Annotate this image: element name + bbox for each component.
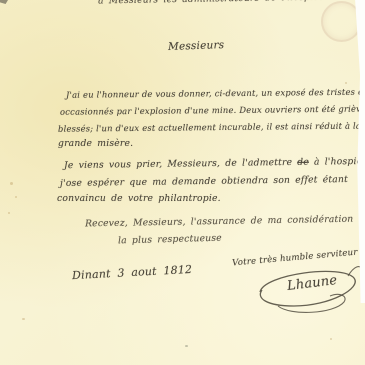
foxing-spot [22,318,25,320]
foxing-spot [15,196,17,198]
body-line-5: Je viens vous prier, Messieurs, de l'adm… [64,156,365,171]
salutation: Messieurs [168,39,225,53]
header-clipped-line: a Messieurs les administrateurs de l'hos… [98,0,365,6]
foxing-spot [10,182,13,185]
foxing-spot [345,82,347,84]
dateline: Dinant 3 aout 1812 [72,263,193,282]
body-line-1: J'ai eu l'honneur de vous donner, ci-dev… [66,86,365,100]
body-line-3: blessés; l'un d'eux est actuellement inc… [58,120,365,133]
body-line-6: j'ose espérer que ma demande obtiendra s… [60,174,348,189]
body-line-7: convaincu de votre philantropie. [57,193,221,204]
foxing-spot [185,345,188,347]
foxing-spot [330,338,332,340]
paper-sheet: a Messieurs les administrateurs de l'hos… [0,0,365,365]
closing-line-2: la plus respectueuse [118,233,222,247]
body-line-4: grande misère. [58,138,133,149]
closing-line-1: Recevez, Messieurs, l'assurance de ma co… [85,214,354,230]
scanned-letter-page: { "document": { "kind": "handwritten let… [0,0,365,365]
strikethrough-word: de [297,157,309,168]
body-line-5-text: Je viens vous prier, Messieurs, de l'adm… [64,157,292,171]
corner-mark [0,0,8,4]
body-line-2: occasionnés par l'explosion d'une mine. … [60,103,365,116]
foxing-spot [8,212,10,214]
